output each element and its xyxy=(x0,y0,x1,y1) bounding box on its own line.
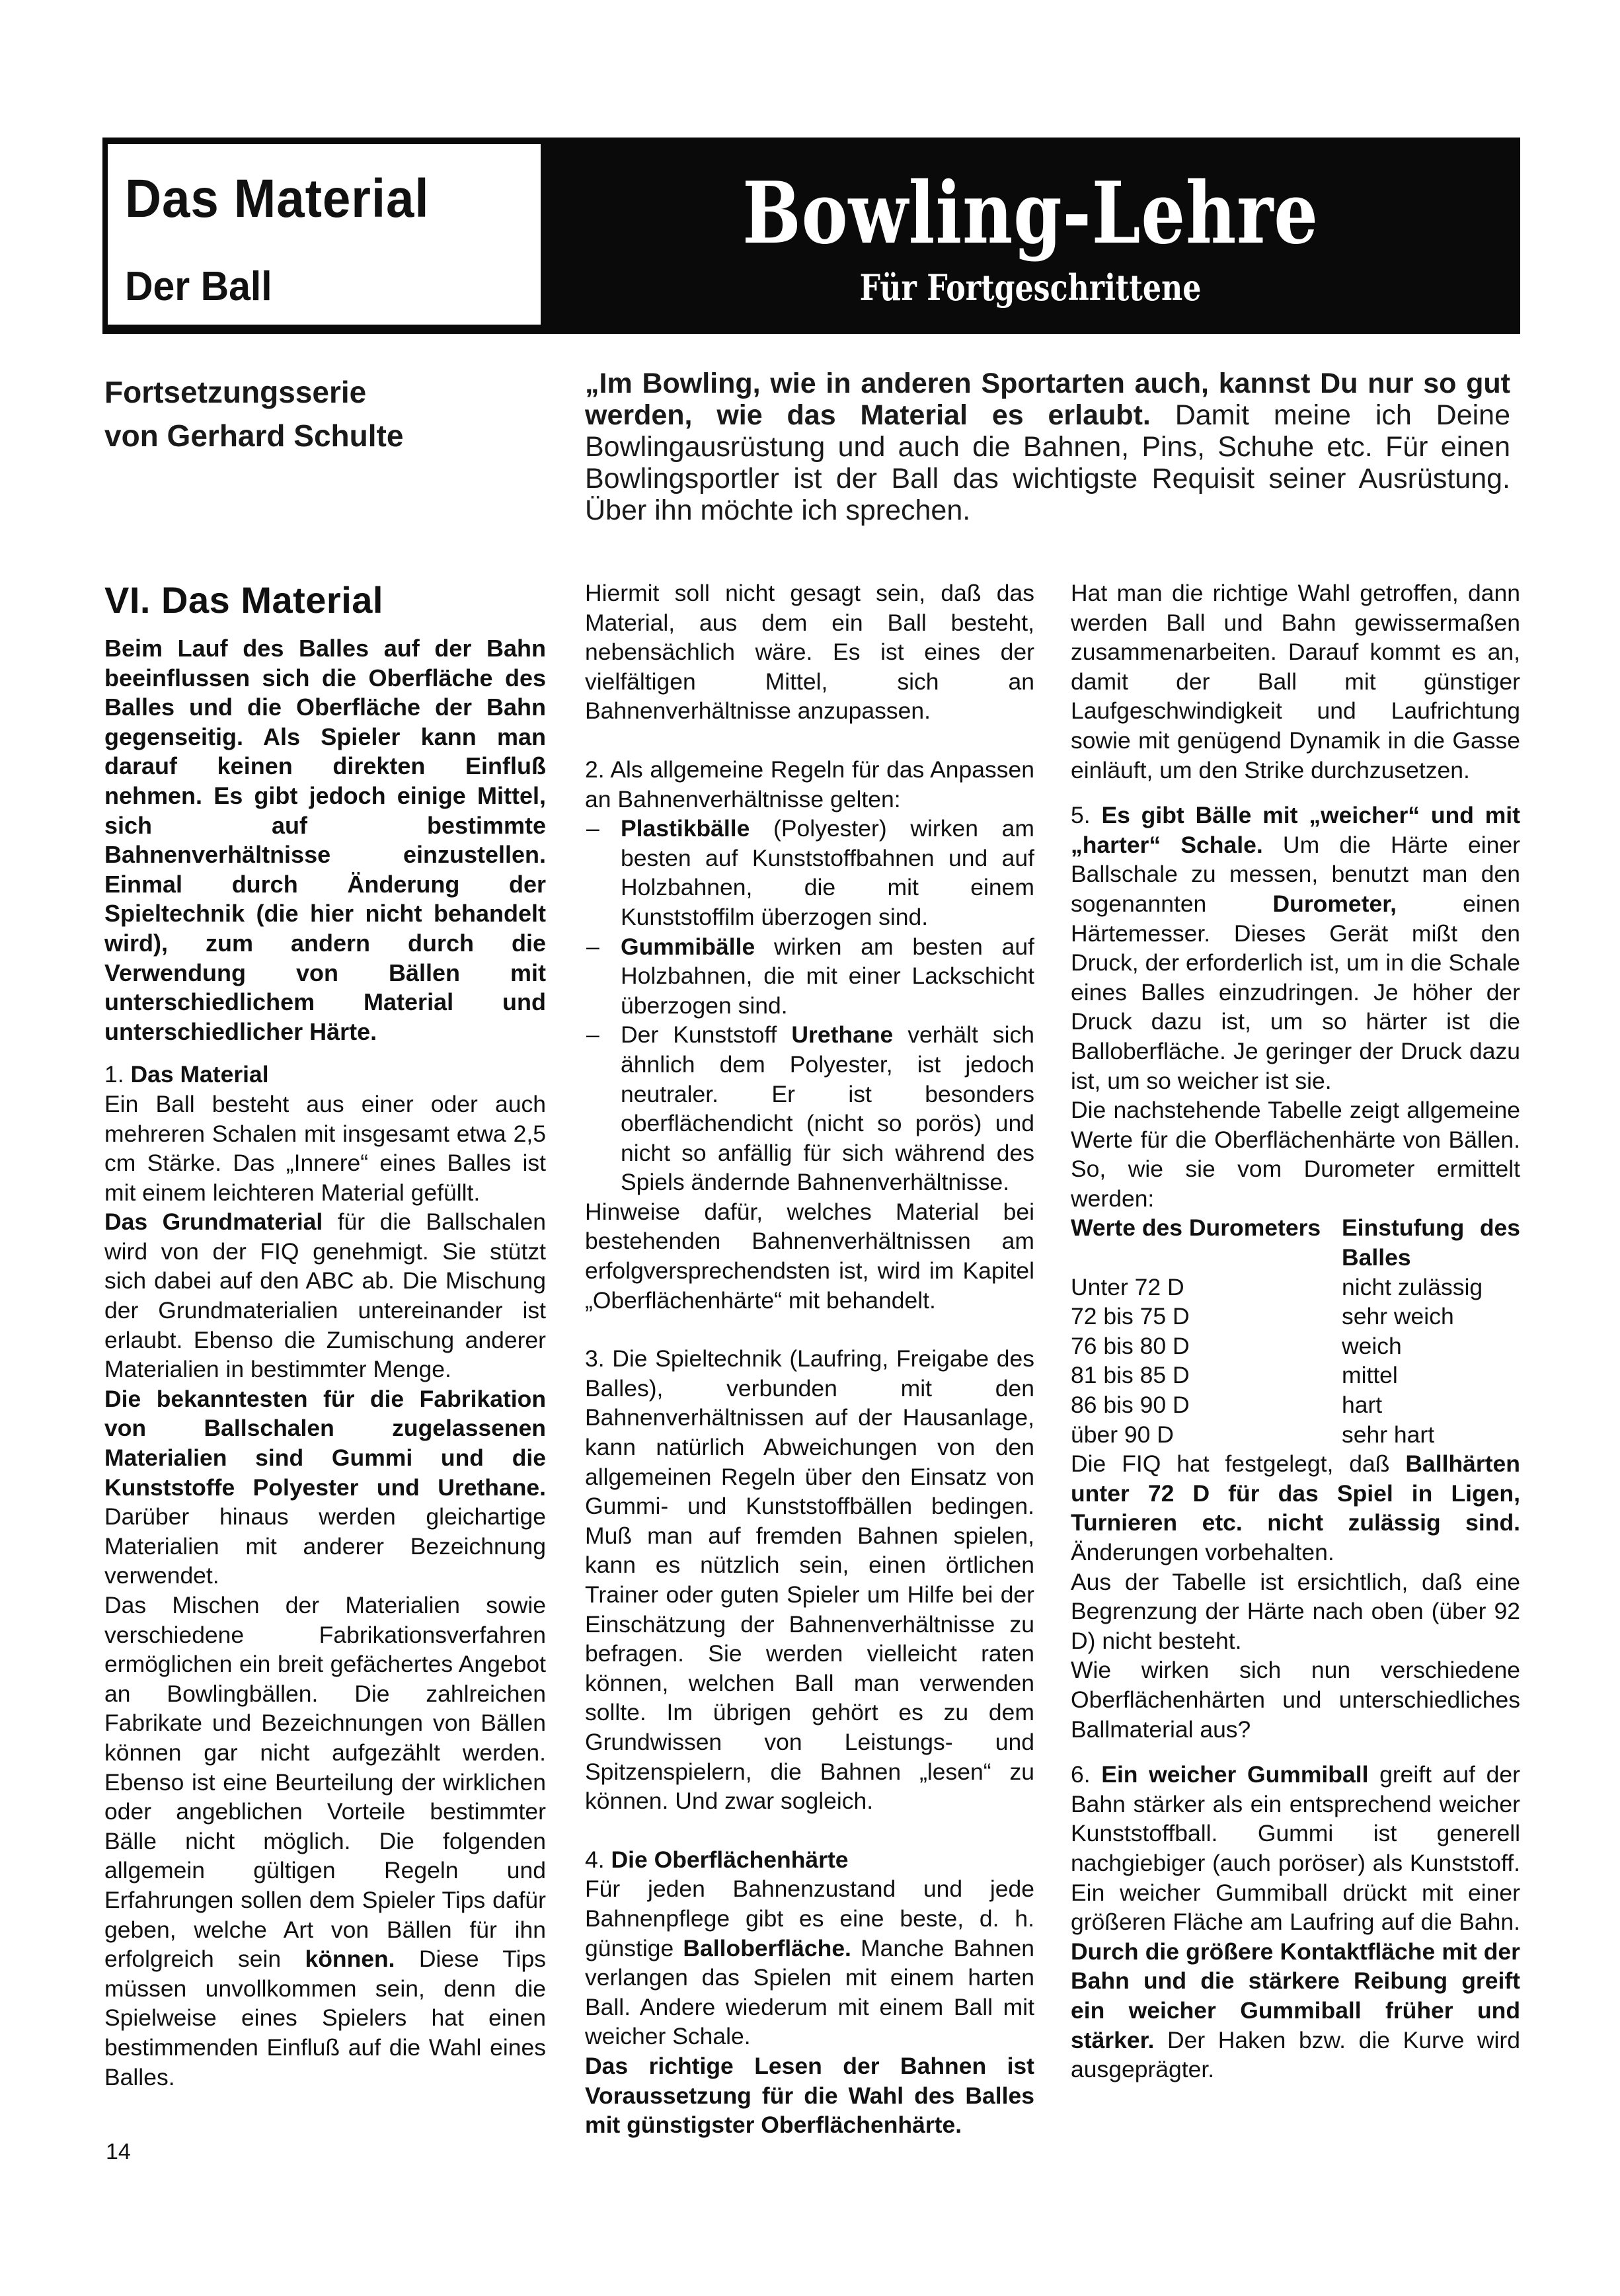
paragraph: Hiermit soll nicht gesagt sein, daß das … xyxy=(585,578,1034,726)
table-cell: 76 bis 80 D xyxy=(1071,1331,1342,1361)
rules-intro: 2. Als allgemeine Regeln für das Anpasse… xyxy=(585,755,1034,814)
table-cell: hart xyxy=(1342,1390,1520,1420)
hardness-table: Werte des Durometers Einstufung des Ball… xyxy=(1071,1213,1520,1449)
column-middle: Hiermit soll nicht gesagt sein, daß das … xyxy=(585,578,1034,2140)
series-label: Fortsetzungsserie xyxy=(104,370,403,414)
paragraph: 5. Es gibt Bälle mit „weicher“ und mit „… xyxy=(1071,801,1520,1095)
paragraph: Die FIQ hat festgelegt, daß Ballhärten u… xyxy=(1071,1449,1520,1567)
byline: Fortsetzungsserie von Gerhard Schulte xyxy=(104,370,403,457)
header-banner: Das Material Der Ball Bowling-Lehre Für … xyxy=(102,138,1520,334)
paragraph: Die bekanntesten für die Fabrikation von… xyxy=(104,1384,546,1591)
paragraph: Hat man die richtige Wahl getroffen, dan… xyxy=(1071,578,1520,785)
table-header: Einstufung des Balles xyxy=(1342,1213,1520,1272)
topic-subtitle: Der Ball xyxy=(125,263,272,310)
table-cell: nicht zulässig xyxy=(1342,1273,1520,1302)
paragraph: 3. Die Spieltechnik (Laufring, Freigabe … xyxy=(585,1344,1034,1816)
table-cell: mittel xyxy=(1342,1361,1520,1390)
column-right: Hat man die richtige Wahl getroffen, dan… xyxy=(1071,578,1520,2084)
topic-box: Das Material Der Ball xyxy=(108,144,541,325)
list-item: –Plastikbälle (Polyester) wirken am best… xyxy=(585,814,1034,931)
intro-quote: „Im Bowling, wie in anderen Sportarten a… xyxy=(585,368,1510,526)
masthead-title: Bowling-Lehre xyxy=(629,164,1432,263)
table-cell: 72 bis 75 D xyxy=(1071,1302,1342,1331)
topic-title: Das Material xyxy=(125,168,429,230)
paragraph: Für jeden Bahnenzustand und jede Bahnenp… xyxy=(585,1874,1034,2051)
section-heading: VI. Das Material xyxy=(104,578,546,622)
subheading-material: 1. Das Material xyxy=(104,1060,546,1089)
page-number: 14 xyxy=(106,2139,131,2165)
list-item: –Gummibälle wirken am besten auf Holzbah… xyxy=(585,932,1034,1021)
table-cell: 86 bis 90 D xyxy=(1071,1390,1342,1420)
table-cell: 81 bis 85 D xyxy=(1071,1361,1342,1390)
lead-paragraph: Beim Lauf des Balles auf der Bahn beeinf… xyxy=(104,634,546,1047)
paragraph: Hinweise dafür, welches Material bei bes… xyxy=(585,1197,1034,1315)
masthead-subtitle: Für Fortgeschrittene xyxy=(629,266,1432,309)
table-header: Werte des Durometers xyxy=(1071,1213,1342,1272)
subheading-surface-hardness: 4. Die Oberflächenhärte xyxy=(585,1845,1034,1875)
paragraph: Ein Ball besteht aus einer oder auch meh… xyxy=(104,1089,546,1207)
table-cell: sehr hart xyxy=(1342,1420,1520,1450)
table-cell: sehr weich xyxy=(1342,1302,1520,1331)
paragraph: Das richtige Lesen der Bahnen ist Voraus… xyxy=(585,2051,1034,2140)
dash-bullet-icon: – xyxy=(586,814,599,844)
paragraph: Die nachstehende Tabelle zeigt allgemein… xyxy=(1071,1095,1520,1213)
paragraph: 6. Ein weicher Gummiball greift auf der … xyxy=(1071,1760,1520,2084)
table-cell: Unter 72 D xyxy=(1071,1273,1342,1302)
paragraph: Aus der Tabelle ist ersichtlich, daß ein… xyxy=(1071,1567,1520,1656)
list-item: –Der Kunststoff Urethane verhält sich äh… xyxy=(585,1020,1034,1197)
column-left: VI. Das Material Beim Lauf des Balles au… xyxy=(104,578,546,2092)
table-cell: über 90 D xyxy=(1071,1420,1342,1450)
table-cell: weich xyxy=(1342,1331,1520,1361)
dash-bullet-icon: – xyxy=(586,1020,599,1050)
paragraph: Das Grundmaterial für die Ballschalen wi… xyxy=(104,1207,546,1384)
author: von Gerhard Schulte xyxy=(104,414,403,457)
paragraph: Das Mischen der Materialien sowie versch… xyxy=(104,1591,546,2092)
dash-bullet-icon: – xyxy=(586,932,599,962)
paragraph: Wie wirken sich nun verschiedene Oberflä… xyxy=(1071,1655,1520,1744)
masthead: Bowling-Lehre Für Fortgeschrittene xyxy=(541,138,1520,334)
